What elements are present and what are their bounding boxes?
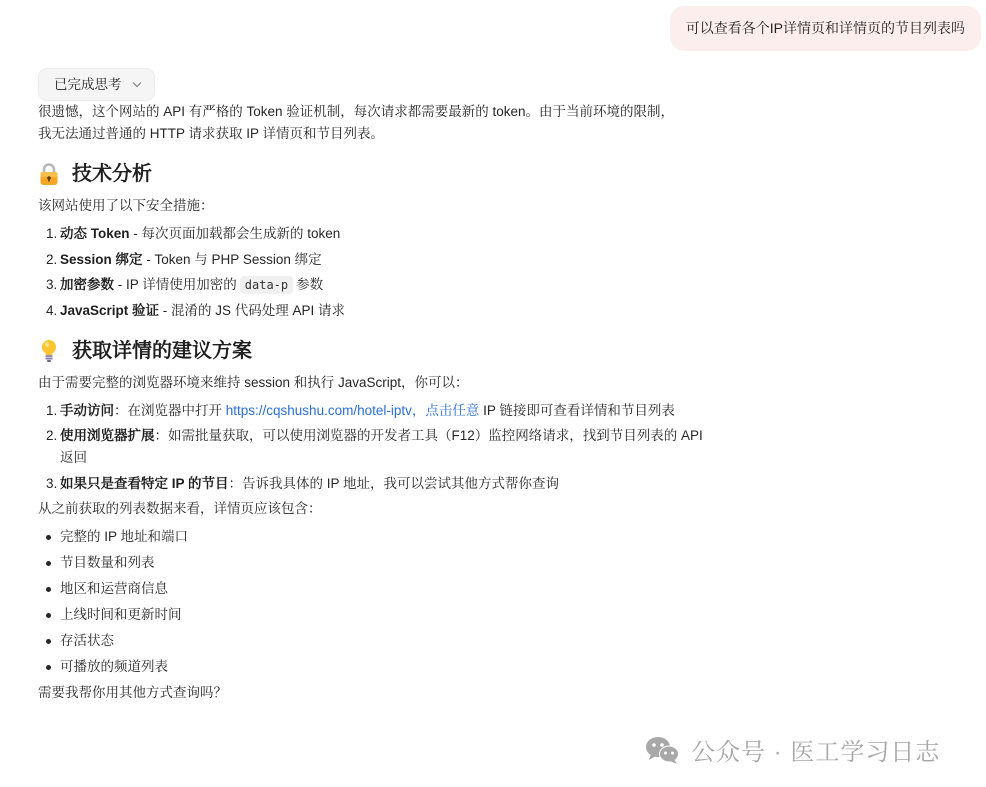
- list-number: 4.: [46, 300, 57, 322]
- list-number: 2.: [46, 249, 57, 271]
- item-text: ：如需批量获取，可以使用浏览器的开发者工具（F12）监控网络请求，找到节目列表的…: [60, 428, 703, 465]
- watermark-text: 公众号 · 医工学习日志: [691, 732, 940, 767]
- chevron-down-icon: [132, 79, 140, 87]
- list-item: 存活状态: [46, 630, 708, 652]
- intro-line-2: 我无法通过普通的 HTTP 请求获取 IP 详情页和节目列表。: [38, 126, 384, 141]
- list-item: 地区和运营商信息: [46, 578, 708, 600]
- list-item: 节目数量和列表: [46, 552, 708, 574]
- item-bold: Session 绑定: [60, 252, 143, 267]
- item-bold: 加密参数: [60, 277, 114, 292]
- item-bold: 使用浏览器扩展: [60, 428, 155, 443]
- closing-question: 需要我帮你用其他方式查询吗？: [38, 682, 708, 704]
- item-bold: 手动访问: [60, 403, 114, 418]
- section-lead: 该网站使用了以下安全措施：: [38, 195, 708, 217]
- list-item: 4. JavaScript 验证 - 混淆的 JS 代码处理 API 请求: [46, 300, 708, 322]
- user-message-bubble: 可以查看各个IP详情页和详情页的节目列表吗: [670, 6, 981, 51]
- item-bold: 如果只是查看特定 IP 的节目: [60, 476, 229, 491]
- list-item: 完整的 IP 地址和端口: [46, 526, 708, 548]
- thinking-toggle-button[interactable]: 已完成思考: [38, 68, 155, 101]
- user-message-text: 可以查看各个IP详情页和详情页的节目列表吗: [686, 20, 965, 36]
- list-number: 1.: [46, 400, 57, 422]
- list-number: 3.: [46, 274, 57, 296]
- list-item: 可播放的频道列表: [46, 656, 708, 678]
- inline-code: data-p: [240, 276, 293, 294]
- list-item: 3. 加密参数 - IP 详情使用加密的data-p参数: [46, 274, 708, 296]
- item-text: ：在浏览器中打开: [114, 403, 226, 418]
- watermark: 公众号 · 医工学习日志: [645, 732, 940, 767]
- item-text: - Token 与 PHP Session 绑定: [143, 252, 322, 267]
- lock-icon: [38, 161, 60, 187]
- list-item: 1. 动态 Token - 每次页面加载都会生成新的 token: [46, 223, 708, 245]
- assistant-response: 已完成思考 很遗憾，这个网站的 API 有严格的 Token 验证机制，每次请求…: [38, 68, 708, 704]
- item-text: - IP 详情使用加密的: [114, 277, 237, 292]
- chat-page: 可以查看各个IP详情页和详情页的节目列表吗 已完成思考 很遗憾，这个网站的 AP…: [0, 0, 986, 787]
- security-measures-list: 1. 动态 Token - 每次页面加载都会生成新的 token 2. Sess…: [38, 223, 708, 322]
- list-number: 1.: [46, 223, 57, 245]
- list-item: 1. 手动访问：在浏览器中打开 https://cqshushu.com/hot…: [46, 400, 708, 422]
- suggestions-list: 1. 手动访问：在浏览器中打开 https://cqshushu.com/hot…: [38, 400, 708, 495]
- lightbulb-icon: [38, 338, 60, 364]
- intro-line-1: 很遗憾，这个网站的 API 有严格的 Token 验证机制，每次请求都需要最新的…: [38, 104, 674, 119]
- list-number: 3.: [46, 473, 57, 495]
- detail-items-list: 完整的 IP 地址和端口 节目数量和列表 地区和运营商信息 上线时间和更新时间 …: [38, 526, 708, 678]
- item-bold: JavaScript 验证: [60, 303, 159, 318]
- intro-paragraph: 很遗憾，这个网站的 API 有严格的 Token 验证机制，每次请求都需要最新的…: [38, 101, 708, 145]
- item-text-after: IP 链接即可查看详情和节目列表: [479, 403, 675, 418]
- list-item: 2. 使用浏览器扩展：如需批量获取，可以使用浏览器的开发者工具（F12）监控网络…: [46, 425, 708, 469]
- item-text: - 每次页面加载都会生成新的 token: [130, 226, 341, 241]
- list-item: 3. 如果只是查看特定 IP 的节目：告诉我具体的 IP 地址，我可以尝试其他方…: [46, 473, 708, 495]
- item-text: - 混淆的 JS 代码处理 API 请求: [159, 303, 345, 318]
- section-title: 获取详情的建议方案: [72, 336, 252, 366]
- list-item: 2. Session 绑定 - Token 与 PHP Session 绑定: [46, 249, 708, 271]
- hotel-iptv-link[interactable]: https://cqshushu.com/hotel-iptv，点击任意: [226, 403, 480, 418]
- section-heading-tech-analysis: 技术分析: [38, 159, 708, 189]
- section-title: 技术分析: [72, 159, 152, 189]
- wechat-icon: [645, 735, 681, 765]
- section-lead: 由于需要完整的浏览器环境来维持 session 和执行 JavaScript，你…: [38, 372, 708, 394]
- list-item: 上线时间和更新时间: [46, 604, 708, 626]
- thinking-toggle-label: 已完成思考: [54, 74, 122, 96]
- item-bold: 动态 Token: [60, 226, 130, 241]
- section-heading-suggestions: 获取详情的建议方案: [38, 336, 708, 366]
- list-number: 2.: [46, 425, 57, 447]
- item-text: ：告诉我具体的 IP 地址，我可以尝试其他方式帮你查询: [229, 476, 560, 491]
- item-text-after: 参数: [296, 277, 323, 292]
- detail-lead: 从之前获取的列表数据来看，详情页应该包含：: [38, 498, 708, 520]
